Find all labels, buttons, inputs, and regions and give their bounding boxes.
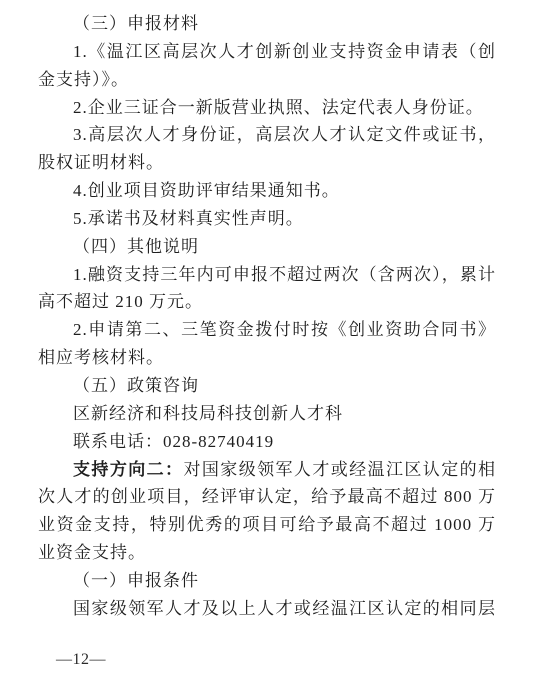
- text-line: （三）申报材料: [38, 10, 496, 38]
- text-line: 业资金支持。: [38, 539, 496, 567]
- text-line: （一）申报条件: [38, 567, 496, 595]
- text-line: 4.创业项目资助评审结果通知书。: [38, 177, 496, 205]
- text-line: （五）政策咨询: [38, 372, 496, 400]
- text-segment: （一）申报条件: [73, 571, 199, 590]
- text-line: 相应考核材料。: [38, 344, 496, 372]
- page-number: —12—: [56, 651, 106, 669]
- document-page: （三）申报材料1.《温江区高层次人才创新创业支持资金申请表（创业资金支持）》。2…: [0, 0, 534, 680]
- text-segment: 1.《温江区高层次人才创新创业支持资金申请表（创业资: [73, 42, 496, 66]
- text-line: 金支持）》。: [38, 66, 496, 94]
- text-line: 2.企业三证合一新版营业执照、法定代表人身份证。: [38, 94, 496, 122]
- text-line: 支持方向二：对国家级领军人才或经温江区认定的相同层: [38, 456, 496, 484]
- text-segment: 5.承诺书及材料真实性声明。: [73, 209, 304, 228]
- text-segment: 1.融资支持三年内可申报不超过两次（含两次），累计最: [73, 265, 496, 289]
- text-line: 5.承诺书及材料真实性声明。: [38, 205, 496, 233]
- text-segment: 3.高层次人才身份证，高层次人才认定文件或证书，企业: [73, 125, 496, 149]
- text-line: 高不超过 210 万元。: [38, 288, 496, 316]
- text-segment: 业资金支持，特别优秀的项目可给予最高不超过 1000 万元的创: [38, 515, 496, 539]
- text-line: 股权证明材料。: [38, 149, 496, 177]
- text-segment: 国家级领军人才及以上人才或经温江区认定的相同层次人: [73, 599, 496, 623]
- text-line: 国家级领军人才及以上人才或经温江区认定的相同层次人: [38, 595, 496, 623]
- text-line: （四）其他说明: [38, 233, 496, 261]
- text-segment: 2.企业三证合一新版营业执照、法定代表人身份证。: [73, 98, 484, 117]
- text-segment: 业资金支持。: [38, 543, 146, 562]
- text-line: 2.申请第二、三笔资金拨付时按《创业资助合同书》提供: [38, 316, 496, 344]
- text-segment: （三）申报材料: [73, 14, 199, 33]
- text-line: 1.《温江区高层次人才创新创业支持资金申请表（创业资: [38, 38, 496, 66]
- text-segment: 高不超过 210 万元。: [38, 292, 203, 311]
- text-segment: 区新经济和科技局科技创新人才科: [73, 404, 343, 423]
- text-segment: 相应考核材料。: [38, 348, 164, 367]
- text-line: 1.融资支持三年内可申报不超过两次（含两次），累计最: [38, 261, 496, 289]
- text-segment: 4.创业项目资助评审结果通知书。: [73, 181, 340, 200]
- text-line: 3.高层次人才身份证，高层次人才认定文件或证书，企业: [38, 121, 496, 149]
- text-line: 联系电话：028-82740419: [38, 428, 496, 456]
- bold-text-segment: 支持方向二：: [73, 460, 183, 479]
- text-segment: 金支持）》。: [38, 70, 129, 89]
- text-segment: （五）政策咨询: [73, 376, 199, 395]
- text-line: 业资金支持，特别优秀的项目可给予最高不超过 1000 万元的创: [38, 511, 496, 539]
- text-line: 次人才的创业项目，经评审认定，给予最高不超过 800 万元创: [38, 483, 496, 511]
- text-line: 区新经济和科技局科技创新人才科: [38, 400, 496, 428]
- text-segment: （四）其他说明: [73, 237, 199, 256]
- text-segment: 股权证明材料。: [38, 153, 164, 172]
- text-segment: 次人才的创业项目，经评审认定，给予最高不超过 800 万元创: [38, 487, 496, 511]
- text-segment: 联系电话：028-82740419: [73, 432, 274, 451]
- document-body: （三）申报材料1.《温江区高层次人才创新创业支持资金申请表（创业资金支持）》。2…: [38, 10, 496, 623]
- text-segment: 2.申请第二、三笔资金拨付时按《创业资助合同书》提供: [73, 320, 496, 344]
